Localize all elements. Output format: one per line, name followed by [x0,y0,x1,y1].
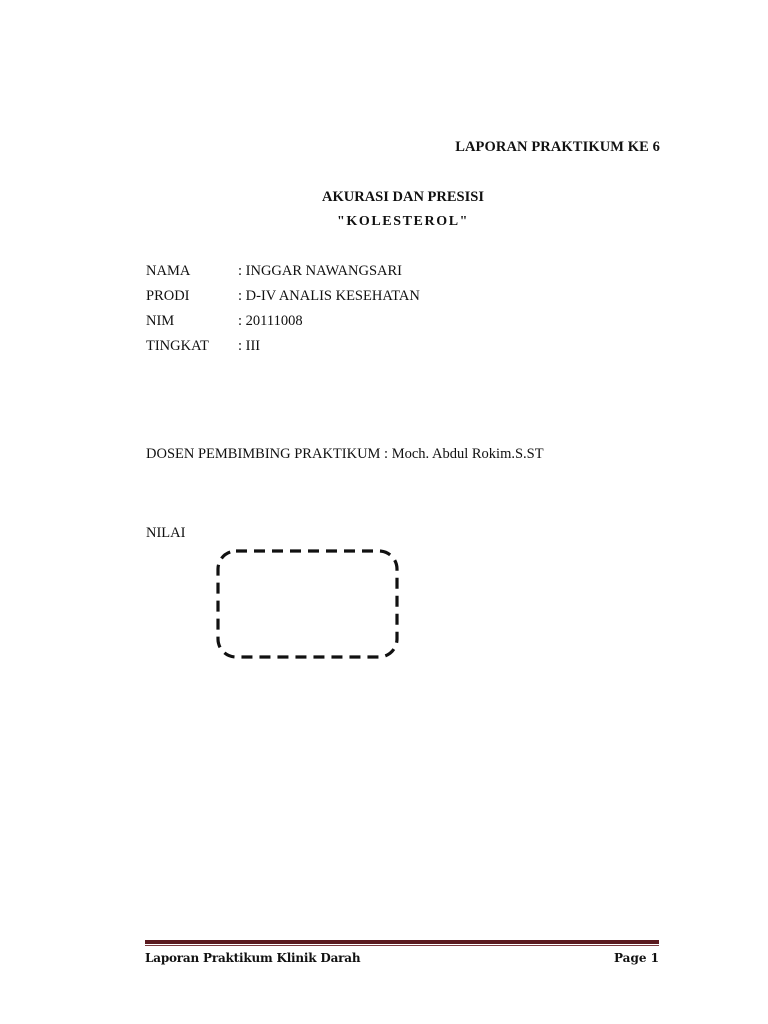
student-info-table: NAMA : INGGAR NAWANGSARI PRODI : D-IV AN… [146,263,420,363]
info-row-program: PRODI : D-IV ANALIS KESEHATAN [146,288,420,313]
info-row-student-id: NIM : 20111008 [146,313,420,338]
info-row-level: TINGKAT : III [146,338,420,363]
info-value: : D-IV ANALIS KESEHATAN [238,288,420,313]
info-value: : INGGAR NAWANGSARI [238,263,402,288]
info-value: : 20111008 [238,313,303,338]
subject-title: AKURASI DAN PRESISI [0,189,768,206]
info-label: NIM [146,313,238,338]
footer-rule [145,940,659,944]
page-number: Page 1 [614,951,659,965]
footer-rule-thin [145,945,659,946]
grade-box [215,548,400,660]
info-label: PRODI [146,288,238,313]
info-label: TINGKAT [146,338,238,363]
info-value: : III [238,338,260,363]
document-page: LAPORAN PRAKTIKUM KE 6 AKURASI DAN PRESI… [0,0,768,1024]
subject-subtitle: "KOLESTEROL" [0,214,768,230]
footer-title: Laporan Praktikum Klinik Darah [145,951,360,965]
grade-label: NILAI [146,525,185,542]
info-row-name: NAMA : INGGAR NAWANGSARI [146,263,420,288]
info-label: NAMA [146,263,238,288]
report-title: LAPORAN PRAKTIKUM KE 6 [455,139,660,156]
supervisor-line: DOSEN PEMBIMBING PRAKTIKUM : Moch. Abdul… [146,446,544,463]
